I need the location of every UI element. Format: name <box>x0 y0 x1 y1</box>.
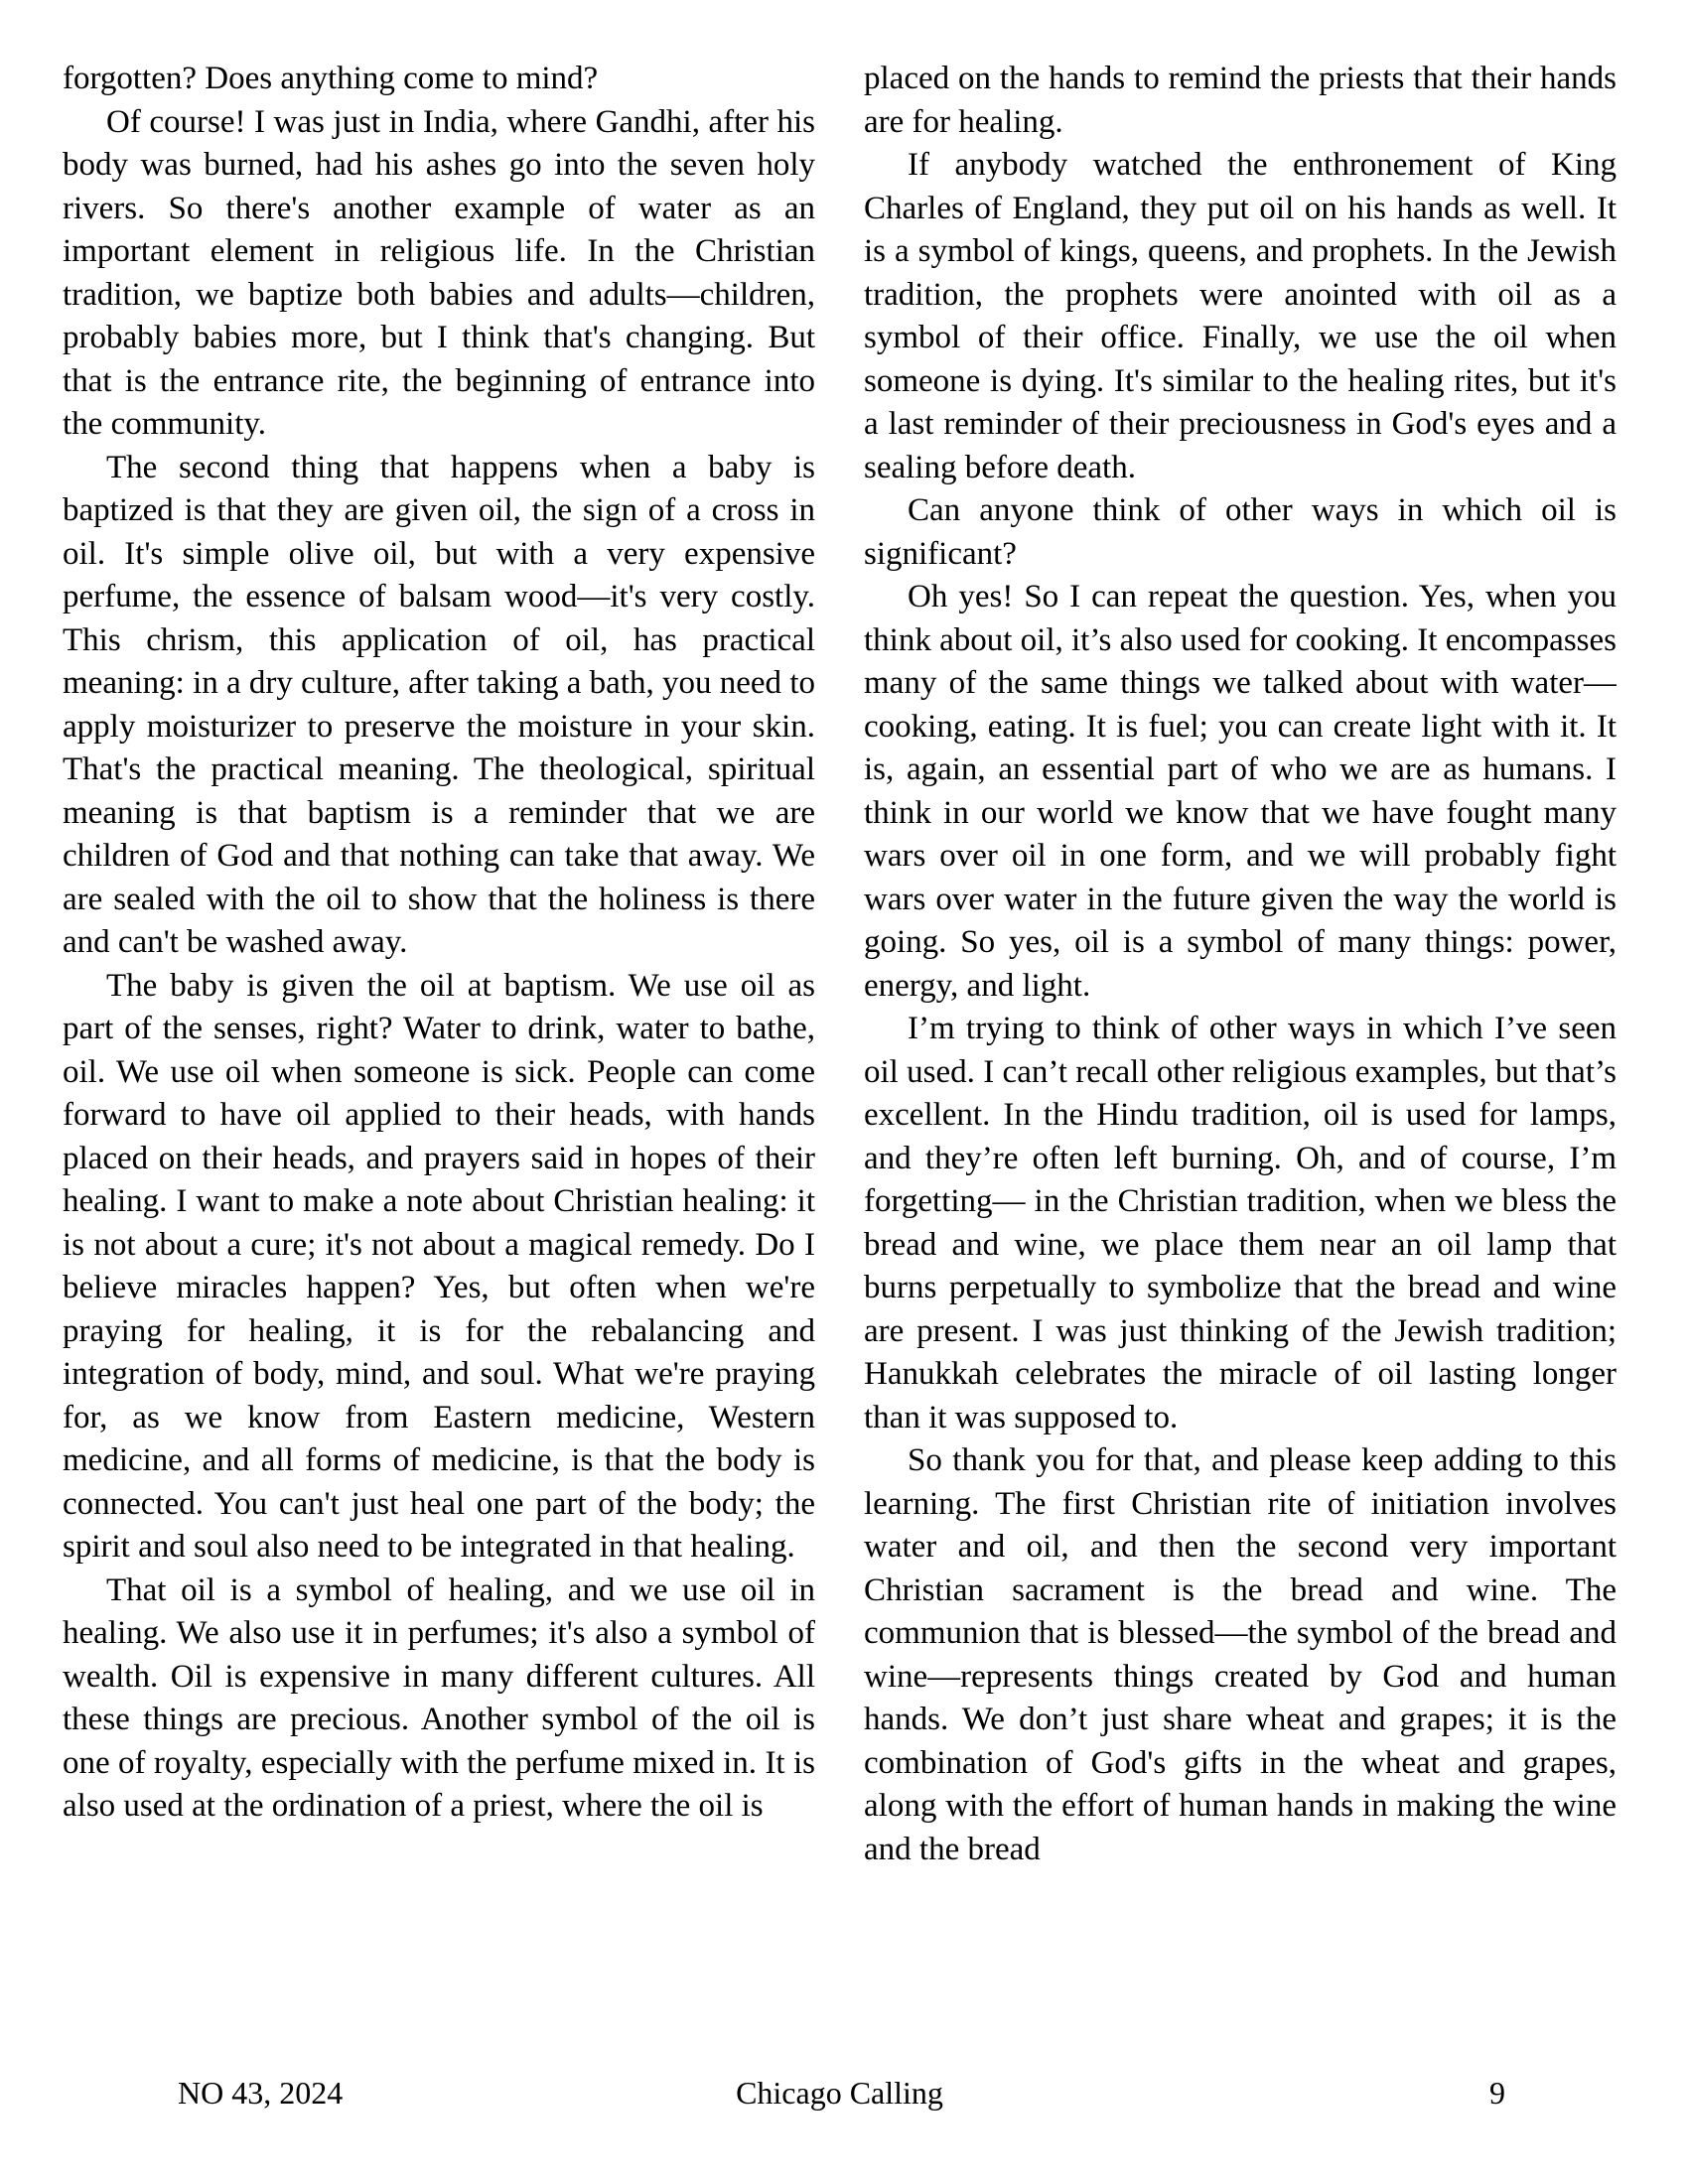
paragraph: I’m trying to think of other ways in whi… <box>864 1008 1617 1439</box>
paragraph: Can anyone think of other ways in which … <box>864 489 1617 576</box>
paragraph: That oil is a symbol of healing, and we … <box>63 1570 815 1829</box>
footer-page-number: 9 <box>1489 2071 1505 2115</box>
paragraph: Oh yes! So I can repeat the question. Ye… <box>864 576 1617 1008</box>
footer-publication-title: Chicago Calling <box>63 2071 1617 2115</box>
text-columns: forgotten? Does anything come to mind?Of… <box>63 58 1617 2008</box>
paragraph: So thank you for that, and please keep a… <box>864 1439 1617 1871</box>
document-page: forgotten? Does anything come to mind?Of… <box>0 0 1688 2184</box>
right-column: placed on the hands to remind the priest… <box>864 58 1617 2008</box>
left-column: forgotten? Does anything come to mind?Of… <box>63 58 815 2008</box>
paragraph: If anybody watched the enthronement of K… <box>864 144 1617 489</box>
page-footer: NO 43, 2024 Chicago Calling 9 <box>63 2071 1617 2116</box>
paragraph: placed on the hands to remind the priest… <box>864 58 1617 144</box>
paragraph: Of course! I was just in India, where Ga… <box>63 101 815 447</box>
paragraph: The second thing that happens when a bab… <box>63 447 815 965</box>
paragraph: The baby is given the oil at baptism. We… <box>63 965 815 1570</box>
paragraph: forgotten? Does anything come to mind? <box>63 58 815 101</box>
